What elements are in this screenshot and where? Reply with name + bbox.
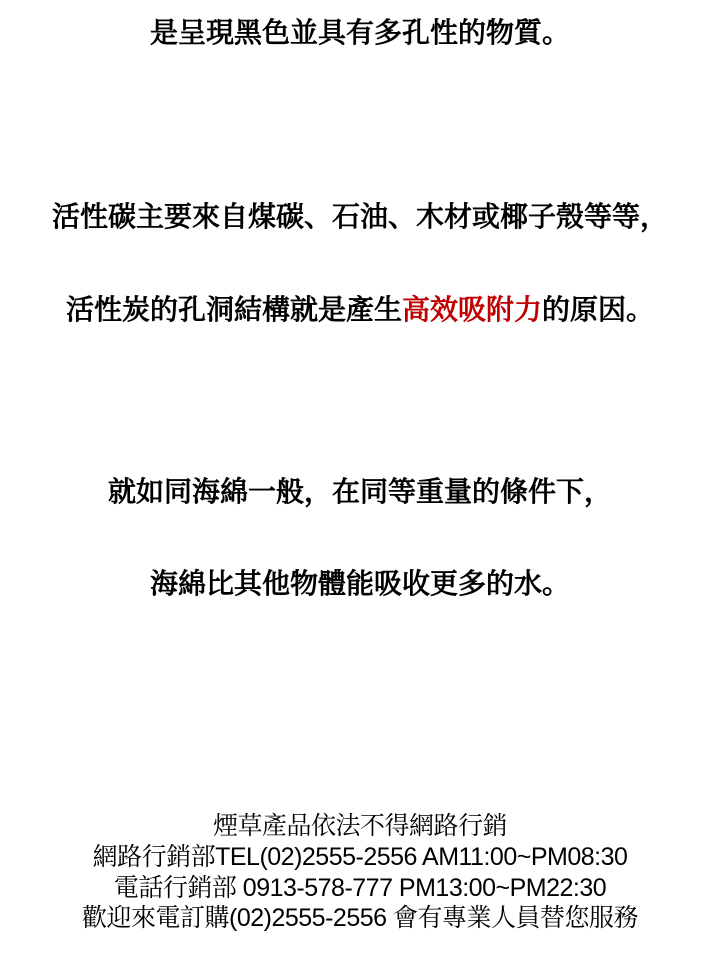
description-line-2: 活性碳主要來自煤碳、石油、木材或椰子殼等等， (0, 199, 720, 235)
description-line-3: 活性炭的孔洞結構就是產生高效吸附力的原因。 (0, 292, 720, 328)
description-line-1: 是呈現黑色並具有多孔性的物質。 (0, 15, 720, 51)
footer-online-sales: 網路行銷部TEL(02)2555-2556 AM11:00~PM08:30 (0, 842, 720, 872)
footer-phone-sales: 電話行銷部 0913-578-777 PM13:00~PM22:30 (0, 873, 720, 903)
footer-notice: 煙草產品依法不得網路行銷 (0, 811, 720, 841)
line3-before-text: 活性炭的孔洞結構就是產生 (66, 293, 402, 326)
footer-order-info: 歡迎來電訂購(02)2555-2556 會有專業人員替您服務 (0, 903, 720, 933)
highlight-text: 高效吸附力 (402, 293, 542, 326)
description-line-4: 就如同海綿一般，在同等重量的條件下， (0, 474, 720, 510)
description-line-5: 海綿比其他物體能吸收更多的水。 (0, 566, 720, 602)
line3-after-text: 的原因。 (542, 293, 654, 326)
